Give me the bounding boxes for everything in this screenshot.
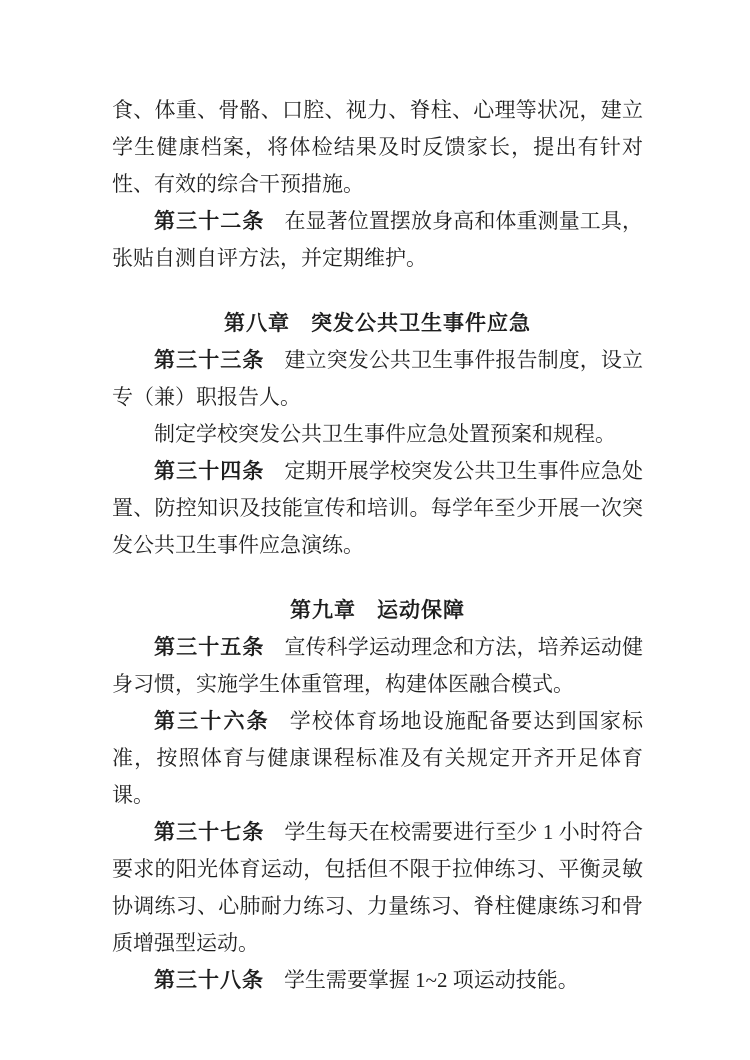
chapter-title: 运动保障 [377,599,465,622]
article-34: 第三十四条定期开展学校突发公共卫生事件应急处置、防控知识及技能宣传和培训。每学年… [112,453,643,564]
article-number: 第三十四条 [154,460,265,483]
article-number: 第三十三条 [154,349,265,372]
paragraph-text: 制定学校突发公共卫生事件应急处置预案和规程。 [154,422,616,446]
paragraph-continuation: 食、体重、骨骼、口腔、视力、脊柱、心理等状况，建立学生健康档案，将体检结果及时反… [112,92,643,203]
article-text: 学生需要掌握 1~2 项运动技能。 [284,968,579,992]
article-number: 第三十八条 [154,969,264,992]
article-number: 第三十二条 [154,210,265,233]
article-number: 第三十五条 [154,636,265,659]
article-32: 第三十二条在显著位置摆放身高和体重测量工具，张贴自测自评方法，并定期维护。 [112,203,643,277]
article-33: 第三十三条建立突发公共卫生事件报告制度，设立专（兼）职报告人。 [112,342,643,416]
article-37: 第三十七条学生每天在校需要进行至少 1 小时符合要求的阳光体育运动，包括但不限于… [112,814,643,962]
article-38: 第三十八条学生需要掌握 1~2 项运动技能。 [112,962,643,999]
document-page: 食、体重、骨骼、口腔、视力、脊柱、心理等状况，建立学生健康档案，将体检结果及时反… [0,0,750,1060]
chapter-heading-9: 第九章运动保障 [112,592,643,629]
article-36: 第三十六条学校体育场地设施配备要达到国家标准，按照体育与健康课程标准及有关规定开… [112,703,643,814]
paragraph-text: 食、体重、骨骼、口腔、视力、脊柱、心理等状况，建立学生健康档案，将体检结果及时反… [112,98,643,196]
article-number: 第三十七条 [154,821,264,844]
chapter-title: 突发公共卫生事件应急 [311,312,531,335]
chapter-number: 第九章 [290,599,356,622]
chapter-heading-8: 第八章突发公共卫生事件应急 [112,305,643,342]
chapter-number: 第八章 [224,312,290,335]
article-number: 第三十六条 [154,710,270,733]
article-35: 第三十五条宣传科学运动理念和方法，培养运动健身习惯，实施学生体重管理，构建体医融… [112,629,643,703]
paragraph-plain: 制定学校突发公共卫生事件应急处置预案和规程。 [112,416,643,453]
